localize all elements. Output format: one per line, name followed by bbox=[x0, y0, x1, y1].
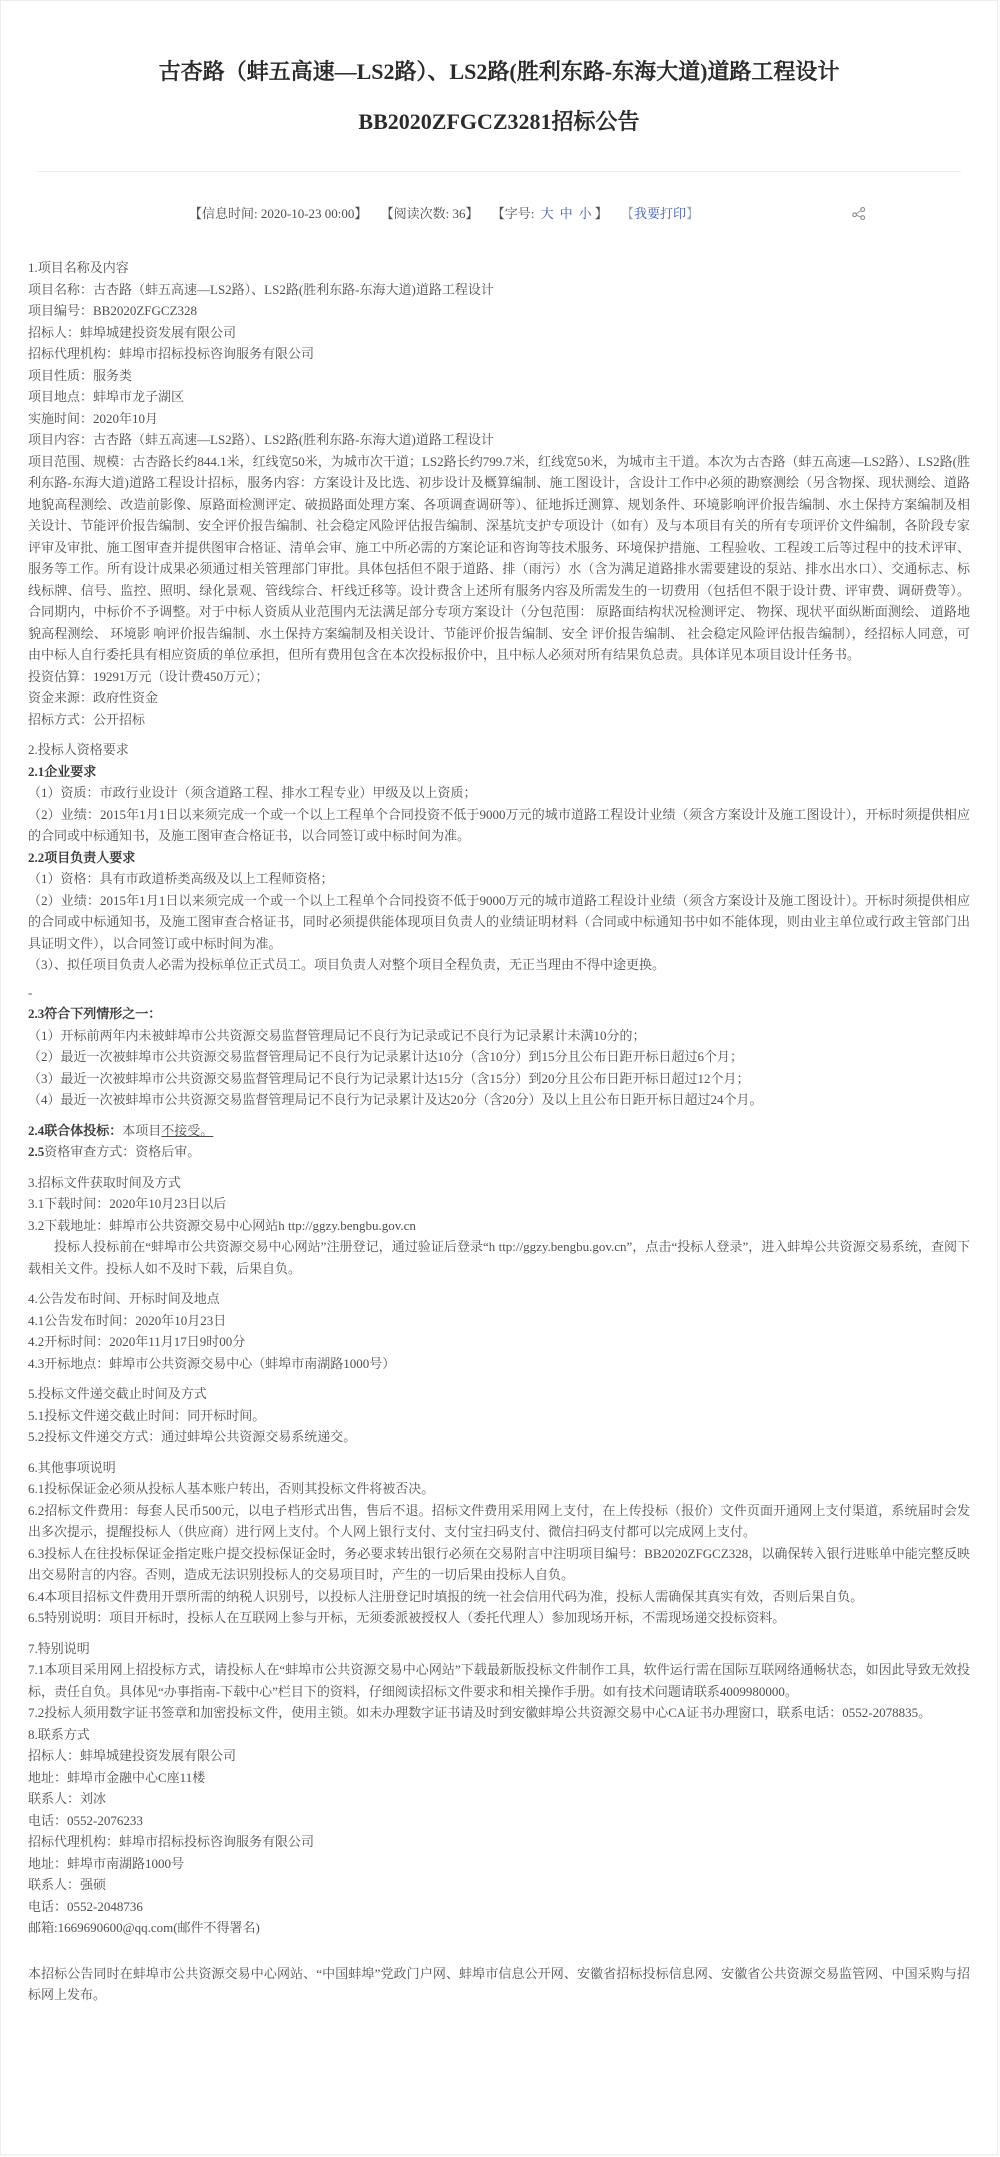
paragraph: 5.2投标文件递交方式：通过蚌埠公共资源交易系统递交。 bbox=[28, 1426, 970, 1448]
text-span: 本招标公告同时在蚌埠市公共资源交易中心网站、“中国蚌埠”党政门户网、蚌埠市信息公… bbox=[28, 1966, 970, 2003]
text-span: 2.投标人资格要求 bbox=[28, 742, 129, 757]
project-scope: 项目范围、规模：古杏路长约844.1米，红线宽50米，为城市次干道；LS2路长约… bbox=[28, 451, 970, 666]
text-span: 项目范围、规模：古杏路长约844.1米，红线宽50米，为城市次干道；LS2路长约… bbox=[28, 454, 970, 663]
project-location: 项目地点：蚌埠市龙子湖区 bbox=[28, 386, 970, 408]
paragraph: 6.1投标保证金必须从投标人基本账户转出，否则其投标文件将被否决。 bbox=[28, 1478, 970, 1500]
text-span: （3）、拟任项目负责人必需为投标单位正式员工。项目负责人对整个项目全程负责，无正… bbox=[28, 957, 665, 972]
font-size-label: 【字号: bbox=[492, 206, 535, 221]
announcement-page: 古杏路（蚌五高速—LS2路）、LS2路(胜利东路-东海大道)道路工程设计 BB2… bbox=[0, 0, 998, 2155]
text-span: 项目内容：古杏路（蚌五高速—LS2路）、LS2路(胜利东路-东海大道)道路工程设… bbox=[28, 432, 494, 447]
paragraph: （1）开标前两年内未被蚌埠市公共资源交易监督管理局记不良行为记录或记不良行为记录… bbox=[28, 1025, 970, 1047]
section-2-title: 2.投标人资格要求 bbox=[28, 739, 970, 761]
section-spacer bbox=[28, 1374, 970, 1383]
text-span: 8.联系方式 bbox=[28, 1727, 90, 1742]
section-5-title: 5.投标文件递交截止时间及方式 bbox=[28, 1383, 970, 1405]
page-title-line1: 古杏路（蚌五高速—LS2路）、LS2路(胜利东路-东海大道)道路工程设计 bbox=[159, 59, 840, 84]
text-span: 本项目 bbox=[122, 1123, 161, 1138]
project-name: 项目名称：古杏路（蚌五高速—LS2路）、LS2路(胜利东路-东海大道)道路工程设… bbox=[28, 279, 970, 301]
text-span: 2.2项目负责人要求 bbox=[28, 850, 135, 865]
paragraph: （1）资质：市政行业设计（须含道路工程、排水工程专业）甲级及以上资质； bbox=[28, 782, 970, 804]
text-span: 地址：蚌埠市金融中心C座11楼 bbox=[28, 1770, 205, 1785]
section-spacer bbox=[28, 1163, 970, 1172]
text-span: 2.1企业要求 bbox=[28, 764, 96, 779]
text-span: （2）业绩：2015年1月1日以来须完成一个或一个以上工程单个合同投资不低于90… bbox=[28, 893, 970, 951]
text-span: 5.投标文件递交截止时间及方式 bbox=[28, 1386, 207, 1401]
info-time: 【信息时间: 2020-10-23 00:00】 bbox=[189, 206, 367, 221]
paragraph: 投标人投标前在“蚌埠市公共资源交易中心网站”注册登记，通过验证后登录“h ttp… bbox=[28, 1236, 970, 1279]
paragraph: 3.1下载时间：2020年10月23日以后 bbox=[28, 1193, 970, 1215]
section-spacer bbox=[28, 1111, 970, 1120]
paragraph: 6.3投标人在往投标保证金指定账户提交投标保证金时，务必要求转出银行必须在交易附… bbox=[28, 1543, 970, 1586]
text-span: 7.特别说明 bbox=[28, 1641, 90, 1656]
text-span: 联系人：强硕 bbox=[28, 1877, 106, 1892]
section-8-title: 8.联系方式 bbox=[28, 1724, 970, 1746]
text-span: 4.公告发布时间、开标时间及地点 bbox=[28, 1291, 220, 1306]
text-span: 5.1投标文件递交截止时间：同开标时间。 bbox=[28, 1408, 265, 1423]
text-span: 6.3投标人在往投标保证金指定账户提交投标保证金时，务必要求转出银行必须在交易附… bbox=[28, 1546, 970, 1583]
section-spacer bbox=[28, 1629, 970, 1638]
title-divider bbox=[37, 171, 961, 172]
print-bracket-close: 】 bbox=[686, 206, 699, 221]
text-span: （1）资格：具有市政道桥类高级及以上工程师资格； bbox=[28, 871, 334, 886]
text-span: 地址：蚌埠市南湖路1000号 bbox=[28, 1856, 184, 1871]
paragraph: 6.4本项目招标文件费用开票所需的纳税人识别号，以投标人注册登记时填报的统一社会… bbox=[28, 1586, 970, 1608]
text-span: 投资估算：19291万元（设计费450万元）； bbox=[28, 669, 269, 684]
text-span: 6.5特别说明：项目开标时，投标人在互联网上参与开标，无须委派被授权人（委托代理… bbox=[28, 1610, 785, 1625]
share-icon[interactable] bbox=[851, 206, 867, 222]
paragraph: （3）、拟任项目负责人必需为投标单位正式员工。项目负责人对整个项目全程负责，无正… bbox=[28, 954, 970, 976]
text-span: 3.2下载地址：蚌埠市公共资源交易中心网站h ttp://ggzy.bengbu… bbox=[28, 1218, 416, 1233]
text-span: 2.5 bbox=[28, 1144, 44, 1159]
text-span: 招标代理机构：蚌埠市招标投标咨询服务有限公司 bbox=[28, 1834, 314, 1849]
text-span: 4.1公告发布时间：2020年10月23日 bbox=[28, 1313, 226, 1328]
paragraph: 7.1本项目采用网上招投标方式，请投标人在“蚌埠市公共资源交易中心网站”下载最新… bbox=[28, 1659, 970, 1702]
text-span: 电话：0552-2048736 bbox=[28, 1899, 143, 1914]
section-6-title: 6.其他事项说明 bbox=[28, 1457, 970, 1479]
text-span: 电话：0552-2076233 bbox=[28, 1813, 143, 1828]
tender-agency: 招标代理机构：蚌埠市招标投标咨询服务有限公司 bbox=[28, 343, 970, 365]
text-span: 项目性质：服务类 bbox=[28, 368, 132, 383]
text-span: 招标人：蚌埠城建投资发展有限公司 bbox=[28, 325, 236, 340]
section-3-title: 3.招标文件获取时间及方式 bbox=[28, 1172, 970, 1194]
text-span: 项目编号：BB2020ZFGCZ328 bbox=[28, 303, 197, 318]
section-spacer bbox=[28, 730, 970, 739]
font-size-small-link[interactable]: 小 bbox=[579, 206, 592, 221]
text-span: 实施时间：2020年10月 bbox=[28, 411, 158, 426]
page-title: 古杏路（蚌五高速—LS2路）、LS2路(胜利东路-东海大道)道路工程设计 BB2… bbox=[56, 47, 942, 147]
publication-note: 本招标公告同时在蚌埠市公共资源交易中心网站、“中国蚌埠”党政门户网、蚌埠市信息公… bbox=[28, 1963, 970, 2006]
text-span: 资格审查方式：资格后审。 bbox=[44, 1144, 200, 1159]
section-2-1-title: 2.1企业要求 bbox=[28, 761, 970, 783]
contact-tenderee-phone: 电话：0552-2076233 bbox=[28, 1810, 970, 1832]
paragraph: （3）最近一次被蚌埠市公共资源交易监督管理局记不良行为记录累计达15分（含15分… bbox=[28, 1068, 970, 1090]
article-body: 1.项目名称及内容项目名称：古杏路（蚌五高速—LS2路）、LS2路(胜利东路-东… bbox=[28, 257, 970, 2006]
text-span: 不接受。 bbox=[161, 1123, 213, 1138]
text-span: （2）最近一次被蚌埠市公共资源交易监督管理局记不良行为记录累计达10分（含10分… bbox=[28, 1049, 743, 1064]
text-span: 5.2投标文件递交方式：通过蚌埠公共资源交易系统递交。 bbox=[28, 1429, 356, 1444]
text-span: 项目名称：古杏路（蚌五高速—LS2路）、LS2路(胜利东路-东海大道)道路工程设… bbox=[28, 282, 494, 297]
paragraph: 6.2招标文件费用：每套人民币500元，以电子档形式出售，售后不退。招标文件费用… bbox=[28, 1500, 970, 1543]
tenderee: 招标人：蚌埠城建投资发展有限公司 bbox=[28, 322, 970, 344]
print-control[interactable]: 【我要打印】 bbox=[621, 206, 699, 221]
text-span: （1）资质：市政行业设计（须含道路工程、排水工程专业）甲级及以上资质； bbox=[28, 785, 477, 800]
text-span: （3）最近一次被蚌埠市公共资源交易监督管理局记不良行为记录累计达15分（含15分… bbox=[28, 1071, 750, 1086]
contact-agency-address: 地址：蚌埠市南湖路1000号 bbox=[28, 1853, 970, 1875]
text-span: 6.4本项目招标文件费用开票所需的纳税人识别号，以投标人注册登记时填报的统一社会… bbox=[28, 1589, 863, 1604]
contact-agency: 招标代理机构：蚌埠市招标投标咨询服务有限公司 bbox=[28, 1831, 970, 1853]
contact-tenderee: 招标人：蚌埠城建投资发展有限公司 bbox=[28, 1745, 970, 1767]
text-span: 2.3符合下列情形之一： bbox=[28, 1006, 161, 1021]
paragraph: （2）最近一次被蚌埠市公共资源交易监督管理局记不良行为记录累计达10分（含10分… bbox=[28, 1046, 970, 1068]
tender-method: 招标方式：公开招标 bbox=[28, 709, 970, 731]
print-link[interactable]: 我要打印 bbox=[634, 206, 686, 221]
section-7-title: 7.特别说明 bbox=[28, 1638, 970, 1660]
text-span: 6.其他事项说明 bbox=[28, 1460, 116, 1475]
paragraph: 3.2下载地址：蚌埠市公共资源交易中心网站h ttp://ggzy.bengbu… bbox=[28, 1215, 970, 1237]
section-2-5: 2.5资格审查方式：资格后审。 bbox=[28, 1141, 970, 1163]
text-span: 6.2招标文件费用：每套人民币500元，以电子档形式出售，售后不退。招标文件费用… bbox=[28, 1503, 970, 1540]
contact-tenderee-person: 联系人：刘冰 bbox=[28, 1788, 970, 1810]
implementation-time: 实施时间：2020年10月 bbox=[28, 408, 970, 430]
dash-line: - bbox=[28, 982, 970, 1004]
text-span: （2）业绩：2015年1月1日以来须完成一个或一个以上工程单个合同投资不低于90… bbox=[28, 807, 970, 844]
text-span: （1）开标前两年内未被蚌埠市公共资源交易监督管理局记不良行为记录或记不良行为记录… bbox=[28, 1028, 646, 1043]
project-nature: 项目性质：服务类 bbox=[28, 365, 970, 387]
section-spacer bbox=[28, 1279, 970, 1288]
text-span: 4.3开标地点：蚌埠市公共资源交易中心（蚌埠市南湖路1000号） bbox=[28, 1356, 395, 1371]
paragraph: 6.5特别说明：项目开标时，投标人在互联网上参与开标，无须委派被授权人（委托代理… bbox=[28, 1607, 970, 1629]
section-spacer bbox=[28, 1939, 970, 1963]
contact-tenderee-address: 地址：蚌埠市金融中心C座11楼 bbox=[28, 1767, 970, 1789]
text-span: 1.项目名称及内容 bbox=[28, 260, 129, 275]
text-span: 邮箱:1669690600@qq.com(邮件不得署名) bbox=[28, 1920, 260, 1935]
section-4-title: 4.公告发布时间、开标时间及地点 bbox=[28, 1288, 970, 1310]
text-span: 4.2开标时间：2020年11月17日9时00分 bbox=[28, 1334, 245, 1349]
font-size-large-link[interactable]: 大 bbox=[541, 206, 554, 221]
meta-bar: 【信息时间: 2020-10-23 00:00】 【阅读次数: 36】 【字号:… bbox=[1, 205, 997, 223]
text-span: 6.1投标保证金必须从投标人基本账户转出，否则其投标文件将被否决。 bbox=[28, 1481, 434, 1496]
text-span: 联系人：刘冰 bbox=[28, 1791, 106, 1806]
paragraph: （2）业绩：2015年1月1日以来须完成一个或一个以上工程单个合同投资不低于90… bbox=[28, 804, 970, 847]
section-spacer bbox=[28, 1448, 970, 1457]
text-span: 资金来源：政府性资金 bbox=[28, 690, 158, 705]
text-span: 项目地点：蚌埠市龙子湖区 bbox=[28, 389, 184, 404]
text-span: （4）最近一次被蚌埠市公共资源交易监督管理局记不良行为记录累计及达20分（含20… bbox=[28, 1092, 763, 1107]
paragraph: 5.1投标文件递交截止时间：同开标时间。 bbox=[28, 1405, 970, 1427]
project-number: 项目编号：BB2020ZFGCZ328 bbox=[28, 300, 970, 322]
font-size-label-close: 】 bbox=[595, 206, 608, 221]
paragraph: 4.1公告发布时间：2020年10月23日 bbox=[28, 1310, 970, 1332]
paragraph: （4）最近一次被蚌埠市公共资源交易监督管理局记不良行为记录累计及达20分（含20… bbox=[28, 1089, 970, 1111]
paragraph: 4.3开标地点：蚌埠市公共资源交易中心（蚌埠市南湖路1000号） bbox=[28, 1353, 970, 1375]
print-bracket-open: 【 bbox=[621, 206, 634, 221]
text-span: 7.1本项目采用网上招投标方式，请投标人在“蚌埠市公共资源交易中心网站”下载最新… bbox=[28, 1662, 970, 1699]
project-content: 项目内容：古杏路（蚌五高速—LS2路）、LS2路(胜利东路-东海大道)道路工程设… bbox=[28, 429, 970, 451]
section-1-title: 1.项目名称及内容 bbox=[28, 257, 970, 279]
paragraph: 7.2投标人须用数字证书签章和加密投标文件，使用主锁。如未办理数字证书请及时到安… bbox=[28, 1702, 970, 1724]
text-span: 招标代理机构：蚌埠市招标投标咨询服务有限公司 bbox=[28, 346, 314, 361]
text-span: 招标人：蚌埠城建投资发展有限公司 bbox=[28, 1748, 236, 1763]
text-span: 2.4联合体投标： bbox=[28, 1123, 122, 1138]
read-count: 【阅读次数: 36】 bbox=[381, 206, 479, 221]
text-span: 投标人投标前在“蚌埠市公共资源交易中心网站”注册登记，通过验证后登录“h ttp… bbox=[28, 1239, 970, 1276]
fund-source: 资金来源：政府性资金 bbox=[28, 687, 970, 709]
text-span: - bbox=[28, 985, 32, 1000]
text-span: 3.招标文件获取时间及方式 bbox=[28, 1175, 181, 1190]
share-icon-svg bbox=[851, 206, 867, 222]
contact-agency-email: 邮箱:1669690600@qq.com(邮件不得署名) bbox=[28, 1917, 970, 1939]
contact-agency-phone: 电话：0552-2048736 bbox=[28, 1896, 970, 1918]
paragraph: （1）资格：具有市政道桥类高级及以上工程师资格； bbox=[28, 868, 970, 890]
font-size-control: 【字号: 大中小】 bbox=[492, 206, 611, 221]
section-2-4: 2.4联合体投标：本项目不接受。 bbox=[28, 1120, 970, 1142]
text-span: 3.1下载时间：2020年10月23日以后 bbox=[28, 1196, 226, 1211]
font-size-medium-link[interactable]: 中 bbox=[560, 206, 573, 221]
contact-agency-person: 联系人：强硕 bbox=[28, 1874, 970, 1896]
page-title-line2: BB2020ZFGCZ3281招标公告 bbox=[358, 109, 639, 134]
paragraph: 4.2开标时间：2020年11月17日9时00分 bbox=[28, 1331, 970, 1353]
investment-estimate: 投资估算：19291万元（设计费450万元）； bbox=[28, 666, 970, 688]
text-span: 招标方式：公开招标 bbox=[28, 712, 145, 727]
section-2-2-title: 2.2项目负责人要求 bbox=[28, 847, 970, 869]
paragraph: （2）业绩：2015年1月1日以来须完成一个或一个以上工程单个合同投资不低于90… bbox=[28, 890, 970, 955]
section-2-3-title: 2.3符合下列情形之一： bbox=[28, 1003, 970, 1025]
text-span: 7.2投标人须用数字证书签章和加密投标文件，使用主锁。如未办理数字证书请及时到安… bbox=[28, 1705, 931, 1720]
